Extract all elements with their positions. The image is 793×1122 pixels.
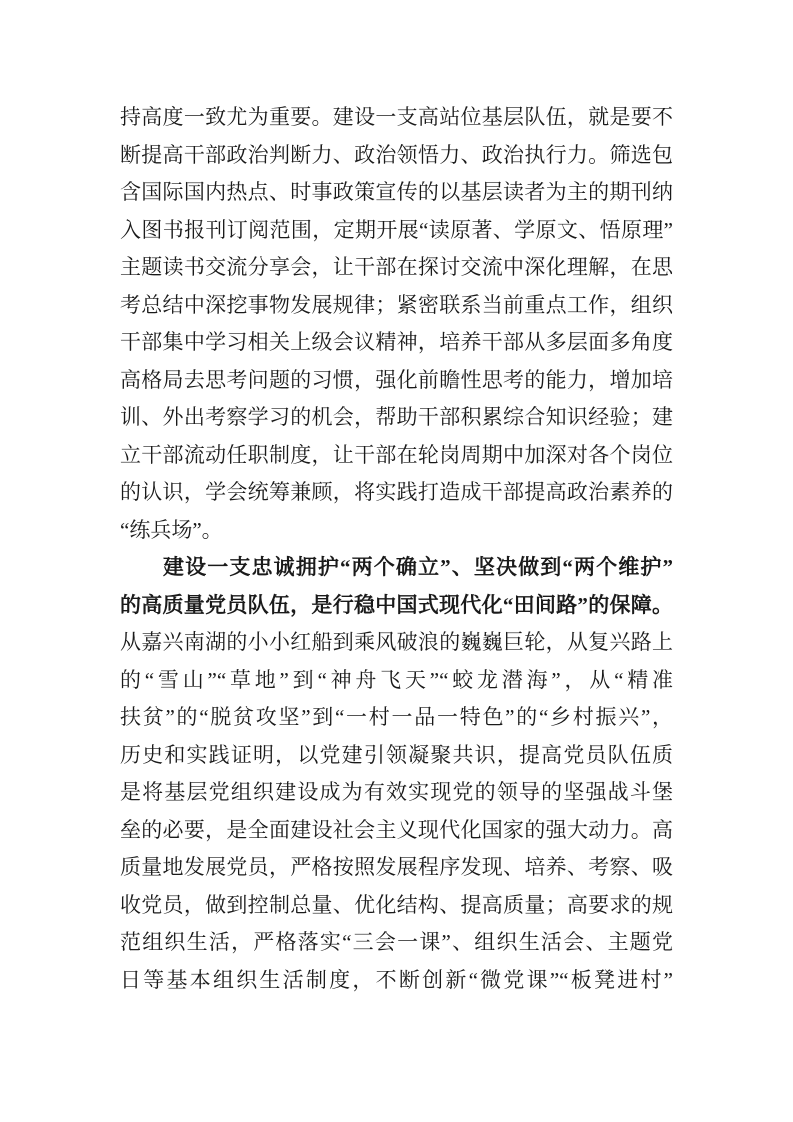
text-line: 高格局去思考问题的习惯，强化前瞻性思考的能力，增加培 xyxy=(120,362,673,400)
text-line: 范组织生活，严格落实“三会一课”、组织生活会、主题党 xyxy=(120,924,673,962)
text-line: 日等基本组织生活制度，不断创新“微党课”“板凳进村” xyxy=(120,962,673,1000)
text-line: 收党员，做到控制总量、优化结构、提高质量；高要求的规 xyxy=(120,887,673,925)
text-line: 持高度一致尤为重要。建设一支高站位基层队伍，就是要不 xyxy=(120,99,673,137)
text-line: “练兵场”。 xyxy=(120,512,673,550)
text-line: 断提高干部政治判断力、政治领悟力、政治执行力。筛选包 xyxy=(120,137,673,175)
text-line: 含国际国内热点、时事政策宣传的以基层读者为主的期刊纳 xyxy=(120,174,673,212)
text-line: 扶贫”的“脱贫攻坚”到“一村一品一特色”的“乡村振兴”， xyxy=(120,699,673,737)
text-line: 的“雪山”“草地”到“神舟飞天”“蛟龙潜海”，从“精准 xyxy=(120,662,673,700)
text-line: 的认识，学会统筹兼顾，将实践打造成干部提高政治素养的 xyxy=(120,474,673,512)
text-line: 从嘉兴南湖的小小红船到乘风破浪的巍巍巨轮，从复兴路上 xyxy=(120,624,673,662)
text-block: 持高度一致尤为重要。建设一支高站位基层队伍，就是要不断提高干部政治判断力、政治领… xyxy=(120,99,673,999)
text-line: 干部集中学习相关上级会议精神，培养干部从多层面多角度 xyxy=(120,324,673,362)
text-line: 是将基层党组织建设成为有效实现党的领导的坚强战斗堡 xyxy=(120,774,673,812)
text-line: 垒的必要，是全面建设社会主义现代化国家的强大动力。高 xyxy=(120,812,673,850)
document-page: 持高度一致尤为重要。建设一支高站位基层队伍，就是要不断提高干部政治判断力、政治领… xyxy=(0,0,793,1122)
text-line: 考总结中深挖事物发展规律；紧密联系当前重点工作，组织 xyxy=(120,287,673,325)
text-line: 主题读书交流分享会，让干部在探讨交流中深化理解，在思 xyxy=(120,249,673,287)
text-line: 立干部流动任职制度，让干部在轮岗周期中加深对各个岗位 xyxy=(120,437,673,475)
text-line: 历史和实践证明，以党建引领凝聚共识，提高党员队伍质量， xyxy=(120,737,673,775)
text-line: 建设一支忠诚拥护“两个确立”、坚决做到“两个维护” xyxy=(120,549,673,587)
text-line: 质量地发展党员，严格按照发展程序发现、培养、考察、吸 xyxy=(120,849,673,887)
text-line: 入图书报刊订阅范围，定期开展“读原著、学原文、悟原理” xyxy=(120,212,673,250)
text-line: 训、外出考察学习的机会，帮助干部积累综合知识经验；建 xyxy=(120,399,673,437)
text-line: 的高质量党员队伍，是行稳中国式现代化“田间路”的保障。 xyxy=(120,587,673,625)
